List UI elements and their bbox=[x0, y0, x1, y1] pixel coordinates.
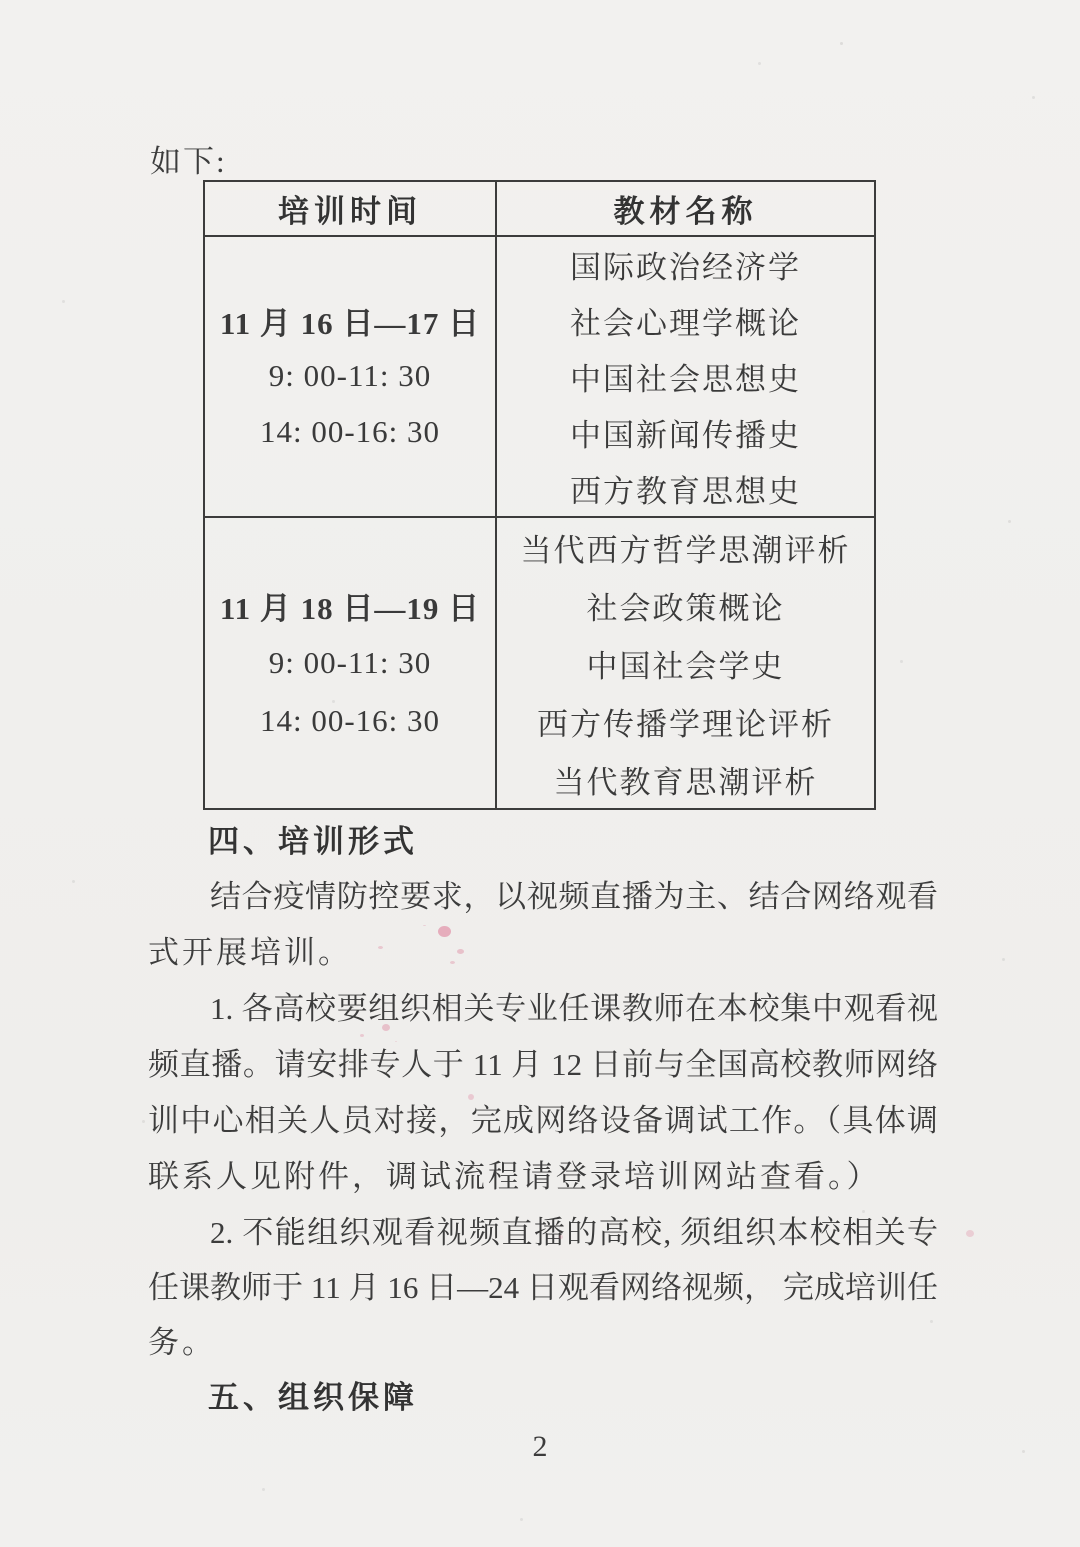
row1-book-4: 中国新闻传播史 bbox=[570, 410, 801, 455]
row1-time-afternoon: 14: 00-16: 30 bbox=[260, 414, 440, 450]
intro-text: 如下: bbox=[150, 136, 227, 181]
row2-time-afternoon: 14: 00-16: 30 bbox=[260, 703, 440, 739]
table-row2-books-cell: 当代西方哲学思潮评析 社会政策概论 中国社会学史 西方传播学理论评析 当代教育思… bbox=[497, 518, 874, 808]
section-5-heading: 五、组织保障 bbox=[148, 1372, 938, 1428]
table-row1-time-cell: 11 月 16 日—17 日 9: 00-11: 30 14: 00-16: 3… bbox=[205, 237, 497, 518]
paragraph-line: 务。 bbox=[148, 1318, 938, 1372]
table-row1-books-cell: 国际政治经济学 社会心理学概论 中国社会思想史 中国新闻传播史 西方教育思想史 bbox=[497, 237, 874, 518]
paragraph-line: 联系人见附件，调试流程请登录培训网站查看。） bbox=[148, 1152, 938, 1208]
page-number: 2 bbox=[0, 1430, 1080, 1464]
row2-date: 11 月 18 日—19 日 bbox=[220, 583, 480, 628]
row2-book-2: 社会政策概论 bbox=[587, 583, 785, 628]
row1-book-2: 社会心理学概论 bbox=[570, 298, 801, 343]
table-header-time: 培训时间 bbox=[205, 182, 497, 237]
section-4-heading: 四、培训形式 bbox=[148, 816, 938, 872]
row1-book-1: 国际政治经济学 bbox=[570, 242, 801, 287]
row1-book-5: 西方教育思想史 bbox=[570, 466, 801, 511]
row2-book-1: 当代西方哲学思潮评析 bbox=[521, 525, 851, 570]
row2-time-morning: 9: 00-11: 30 bbox=[269, 645, 431, 681]
row1-book-3: 中国社会思想史 bbox=[570, 354, 801, 399]
scan-noise bbox=[0, 0, 3, 3]
paragraph-line: 1. 各高校要组织相关专业任课教师在本校集中观看视 bbox=[148, 984, 938, 1040]
row2-book-3: 中国社会学史 bbox=[587, 641, 785, 686]
paragraph-line: 2. 不能组织观看视频直播的高校, 须组织本校相关专业 bbox=[148, 1208, 938, 1263]
table-row2-time-cell: 11 月 18 日—19 日 9: 00-11: 30 14: 00-16: 3… bbox=[205, 518, 497, 808]
paragraph-line: 结合疫情防控要求，以视频直播为主、结合网络观看方 bbox=[148, 872, 938, 928]
paragraph-line: 式开展培训。 bbox=[148, 928, 938, 984]
schedule-table: 培训时间 教材名称 11 月 16 日—17 日 9: 00-11: 30 14… bbox=[203, 180, 876, 810]
paragraph-line: 训中心相关人员对接，完成网络设备调试工作。（具体调试 bbox=[148, 1096, 938, 1152]
paragraph-line: 任课教师于 11 月 16 日—24 日观看网络视频， 完成培训任 bbox=[148, 1263, 938, 1318]
document-page: 如下: 培训时间 教材名称 11 月 16 日—17 日 9: 00-11: 3… bbox=[0, 0, 1080, 1547]
row1-time-morning: 9: 00-11: 30 bbox=[269, 358, 431, 394]
scan-artifact-pink bbox=[966, 1230, 974, 1237]
paragraph-line: 频直播。请安排专人于 11 月 12 日前与全国高校教师网络培 bbox=[148, 1040, 938, 1096]
row1-date: 11 月 16 日—17 日 bbox=[220, 298, 480, 343]
table-header-name: 教材名称 bbox=[497, 182, 874, 237]
body-text: 四、培训形式 结合疫情防控要求，以视频直播为主、结合网络观看方 式开展培训。 1… bbox=[148, 816, 938, 1428]
row2-book-5: 当代教育思潮评析 bbox=[554, 757, 818, 802]
row2-book-4: 西方传播学理论评析 bbox=[537, 699, 834, 744]
